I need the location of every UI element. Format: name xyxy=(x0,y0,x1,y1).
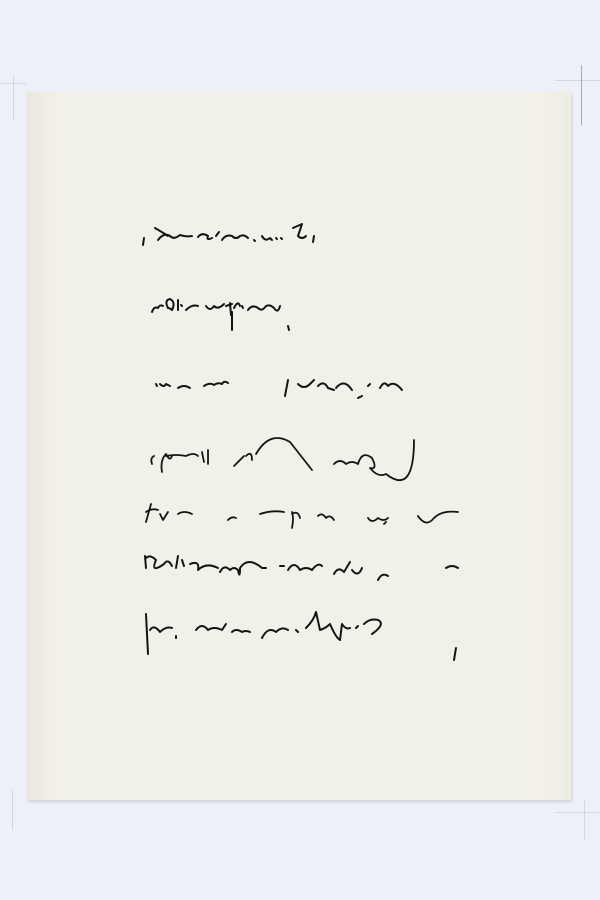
asemic-writing xyxy=(0,0,600,900)
writing-line-5 xyxy=(146,504,458,528)
writing-line-4 xyxy=(151,438,414,480)
writing-line-7 xyxy=(146,612,456,660)
writing-line-2 xyxy=(152,299,289,330)
writing-line-1 xyxy=(143,224,314,245)
writing-line-6 xyxy=(145,556,458,580)
writing-line-3 xyxy=(156,380,402,398)
